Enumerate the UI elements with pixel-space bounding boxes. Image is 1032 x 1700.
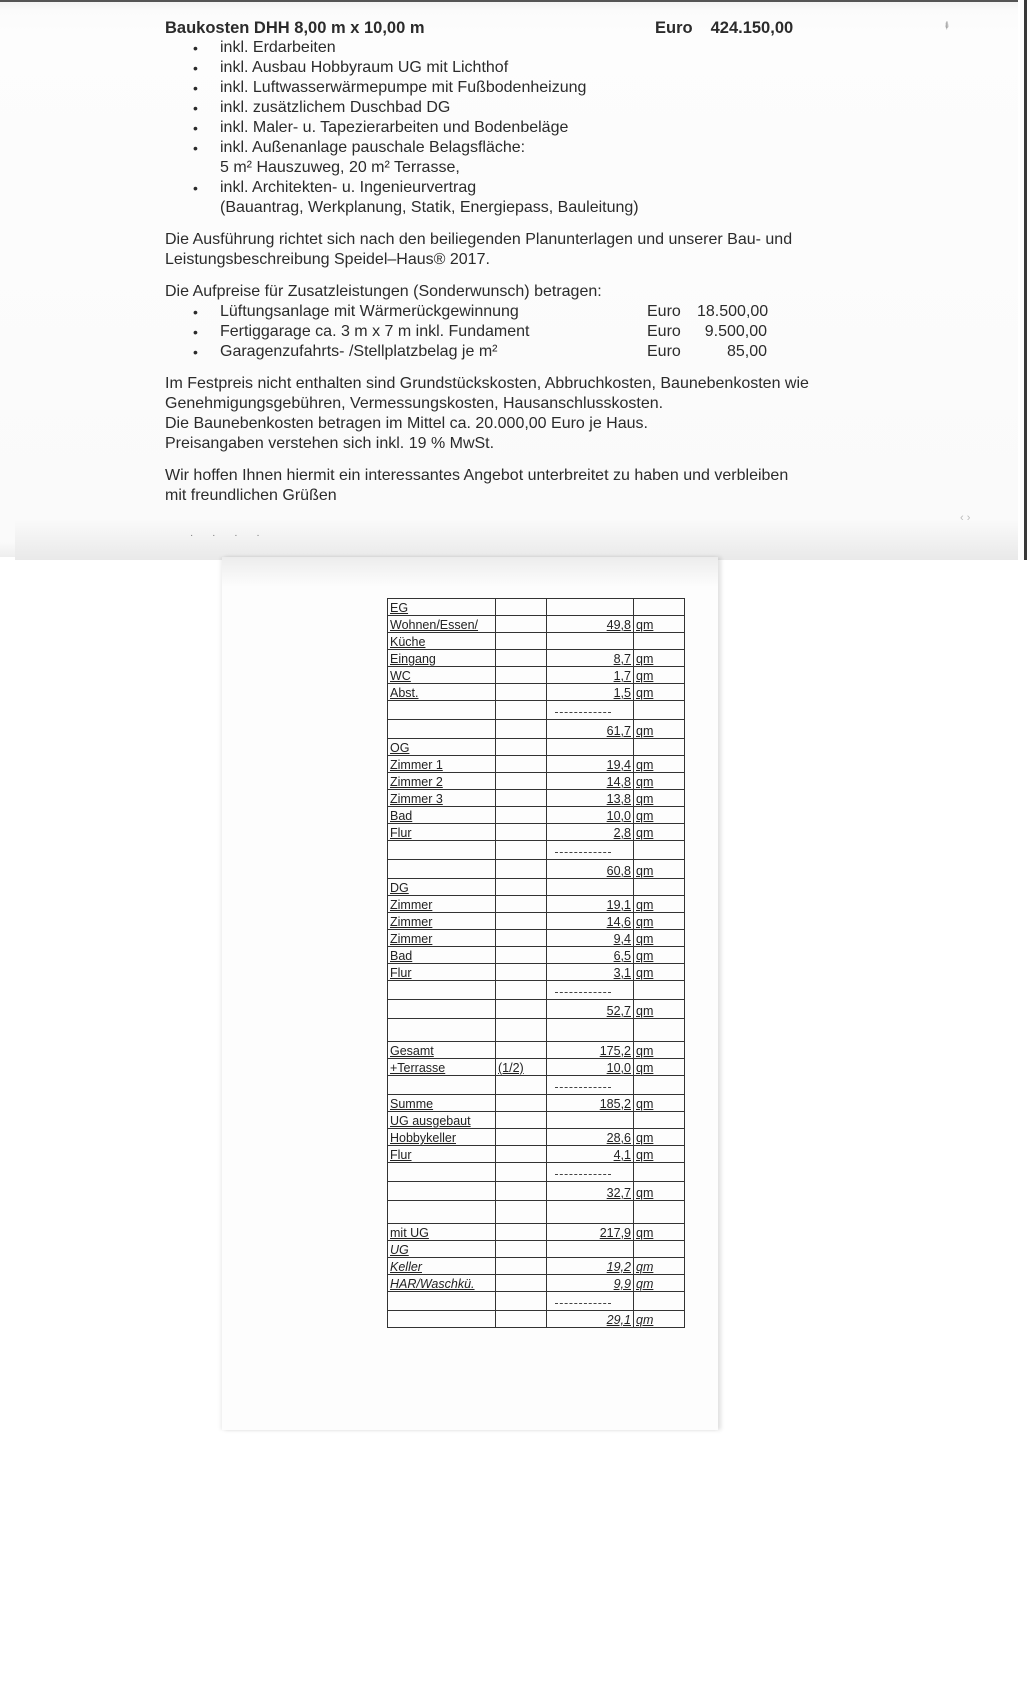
- extra-item: Fertiggarage ca. 3 m x 7 m inkl. Fundame…: [193, 322, 865, 342]
- row-unit: [634, 1112, 685, 1129]
- table-row: [388, 1163, 685, 1182]
- included-item: inkl. Architekten- u. Ingenieurvertrag(B…: [193, 178, 865, 218]
- row-value: 28,6: [547, 1129, 634, 1146]
- row-label: Flur: [388, 824, 496, 841]
- row-unit: [634, 701, 685, 720]
- row-label: Zimmer: [388, 913, 496, 930]
- row-label: +Terrasse: [388, 1059, 496, 1076]
- row-unit: qm: [634, 684, 685, 701]
- row-value: 217,9: [547, 1224, 634, 1241]
- row-label: Keller: [388, 1258, 496, 1275]
- subtotal-rule: [555, 992, 611, 993]
- row-unit: qm: [634, 1311, 685, 1328]
- row-unit: qm: [634, 1059, 685, 1076]
- table-row: [388, 841, 685, 860]
- row-unit: qm: [634, 1095, 685, 1112]
- row-label: [388, 1201, 496, 1224]
- table-row: [388, 1292, 685, 1311]
- row-note: [496, 616, 547, 633]
- row-note: [496, 1258, 547, 1275]
- row-value: 19,2: [547, 1258, 634, 1275]
- cost-currency: Euro: [655, 18, 693, 38]
- table-row: Küche: [388, 633, 685, 650]
- extra-price: 18.500,00: [697, 302, 767, 322]
- row-label: Bad: [388, 807, 496, 824]
- row-unit: [634, 1163, 685, 1182]
- row-value: 13,8: [547, 790, 634, 807]
- table-row: DG: [388, 879, 685, 896]
- row-label: [388, 701, 496, 720]
- table-row: [388, 981, 685, 1000]
- row-note: [496, 879, 547, 896]
- row-value: [547, 1292, 634, 1311]
- subtotal-rule: [555, 712, 611, 713]
- included-item: inkl. Ausbau Hobbyraum UG mit Lichthof: [193, 58, 865, 78]
- extra-label: Garagenzufahrts- /Stellplatzbelag je m²: [220, 342, 647, 362]
- included-item: inkl. Luftwasserwärmepumpe mit Fußbodenh…: [193, 78, 865, 98]
- row-note: [496, 739, 547, 756]
- row-label: Eingang: [388, 650, 496, 667]
- row-value: 175,2: [547, 1042, 634, 1059]
- row-label: [388, 981, 496, 1000]
- row-note: [496, 1241, 547, 1258]
- row-note: [496, 684, 547, 701]
- subtotal-rule: [555, 1174, 611, 1175]
- table-row: Abst.1,5qm: [388, 684, 685, 701]
- row-label: Zimmer: [388, 896, 496, 913]
- table-row: 61,7qm: [388, 720, 685, 739]
- row-note: [496, 824, 547, 841]
- row-unit: [634, 841, 685, 860]
- row-note: [496, 1292, 547, 1311]
- row-note: [496, 896, 547, 913]
- row-value: 4,1: [547, 1146, 634, 1163]
- table-row: Keller19,2qm: [388, 1258, 685, 1275]
- row-note: [496, 913, 547, 930]
- row-label: Bad: [388, 947, 496, 964]
- included-items-list: inkl. Erdarbeiteninkl. Ausbau Hobbyraum …: [165, 38, 865, 218]
- row-unit: qm: [634, 807, 685, 824]
- row-label: Gesamt: [388, 1042, 496, 1059]
- table-row: Bad10,0qm: [388, 807, 685, 824]
- row-value: 49,8: [547, 616, 634, 633]
- row-note: [496, 860, 547, 879]
- row-value: [547, 841, 634, 860]
- row-value: 2,8: [547, 824, 634, 841]
- row-note: [496, 720, 547, 739]
- row-unit: [634, 1292, 685, 1311]
- extra-currency: Euro: [647, 322, 697, 342]
- table-row: 32,7qm: [388, 1182, 685, 1201]
- row-label: Küche: [388, 633, 496, 650]
- row-value: 1,5: [547, 684, 634, 701]
- row-label: Zimmer 1: [388, 756, 496, 773]
- table-row: UG ausgebaut: [388, 1112, 685, 1129]
- row-note: [496, 1112, 547, 1129]
- row-note: [496, 599, 547, 616]
- extras-list: Lüftungsanlage mit WärmerückgewinnungEur…: [165, 302, 865, 362]
- row-note: [496, 1042, 547, 1059]
- row-unit: qm: [634, 913, 685, 930]
- row-unit: [634, 1076, 685, 1095]
- table-row: 29,1qm: [388, 1311, 685, 1328]
- row-unit: qm: [634, 667, 685, 684]
- row-value: 61,7: [547, 720, 634, 739]
- row-unit: qm: [634, 650, 685, 667]
- table-row: [388, 701, 685, 720]
- row-unit: qm: [634, 1146, 685, 1163]
- row-unit: [634, 879, 685, 896]
- table-row: OG: [388, 739, 685, 756]
- table-row: Eingang8,7qm: [388, 650, 685, 667]
- row-value: [547, 1076, 634, 1095]
- row-label: [388, 1000, 496, 1019]
- cost-headline: Baukosten DHH 8,00 m x 10,00 m Euro 424.…: [165, 18, 865, 38]
- row-unit: qm: [634, 860, 685, 879]
- extras-intro: Die Aufpreise für Zusatzleistungen (Sond…: [165, 282, 865, 302]
- signature-remnant: · · · ·: [190, 530, 268, 541]
- row-label: [388, 841, 496, 860]
- row-label: Zimmer 3: [388, 790, 496, 807]
- row-note: [496, 981, 547, 1000]
- row-unit: qm: [634, 1000, 685, 1019]
- row-unit: qm: [634, 824, 685, 841]
- table-row: Wohnen/Essen/49,8qm: [388, 616, 685, 633]
- cost-title: Baukosten DHH 8,00 m x 10,00 m: [165, 18, 425, 38]
- row-unit: qm: [634, 720, 685, 739]
- row-unit: [634, 633, 685, 650]
- table-row: HAR/Waschkü.9,9qm: [388, 1275, 685, 1292]
- table-row: Zimmer 214,8qm: [388, 773, 685, 790]
- extra-label: Lüftungsanlage mit Wärmerückgewinnung: [220, 302, 647, 322]
- offer-letter: Baukosten DHH 8,00 m x 10,00 m Euro 424.…: [165, 18, 865, 506]
- row-value: 9,4: [547, 930, 634, 947]
- extra-currency: Euro: [647, 342, 697, 362]
- row-value: 19,1: [547, 896, 634, 913]
- row-note: [496, 773, 547, 790]
- row-unit: qm: [634, 1042, 685, 1059]
- row-label: [388, 1076, 496, 1095]
- table-row: Zimmer 119,4qm: [388, 756, 685, 773]
- row-value: [547, 599, 634, 616]
- row-unit: qm: [634, 896, 685, 913]
- row-note: [496, 633, 547, 650]
- row-unit: [634, 1241, 685, 1258]
- row-value: 3,1: [547, 964, 634, 981]
- row-label: Wohnen/Essen/: [388, 616, 496, 633]
- included-item: inkl. zusätzlichem Duschbad DG: [193, 98, 865, 118]
- table-row: UG: [388, 1241, 685, 1258]
- row-value: 6,5: [547, 947, 634, 964]
- row-label: Hobbykeller: [388, 1129, 496, 1146]
- row-note: [496, 1275, 547, 1292]
- row-label: [388, 1311, 496, 1328]
- row-value: [547, 1019, 634, 1042]
- extra-price: 85,00: [697, 342, 767, 362]
- row-value: [547, 739, 634, 756]
- included-item: inkl. Maler- u. Tapezierarbeiten und Bod…: [193, 118, 865, 138]
- table-row: [388, 1019, 685, 1042]
- table-row: Zimmer 313,8qm: [388, 790, 685, 807]
- row-unit: qm: [634, 1275, 685, 1292]
- row-unit: qm: [634, 930, 685, 947]
- page-edge: [1024, 0, 1027, 560]
- row-note: [496, 1095, 547, 1112]
- row-label: Summe: [388, 1095, 496, 1112]
- row-note: [496, 1000, 547, 1019]
- row-note: [496, 667, 547, 684]
- row-label: [388, 720, 496, 739]
- row-value: [547, 981, 634, 1000]
- area-table: EGWohnen/Essen/49,8qmKücheEingang8,7qmWC…: [387, 598, 685, 1328]
- row-note: [496, 807, 547, 824]
- subtotal-rule: [555, 852, 611, 853]
- subtotal-rule: [555, 1087, 611, 1088]
- row-label: Zimmer 2: [388, 773, 496, 790]
- table-row: Zimmer14,6qm: [388, 913, 685, 930]
- row-unit: [634, 739, 685, 756]
- row-value: 10,0: [547, 1059, 634, 1076]
- extra-item: Lüftungsanlage mit WärmerückgewinnungEur…: [193, 302, 865, 322]
- row-label: [388, 1019, 496, 1042]
- row-note: [496, 1146, 547, 1163]
- table-row: mit UG217,9qm: [388, 1224, 685, 1241]
- row-note: [496, 1076, 547, 1095]
- row-value: [547, 1112, 634, 1129]
- row-value: 29,1: [547, 1311, 634, 1328]
- row-value: 19,4: [547, 756, 634, 773]
- table-row: Flur2,8qm: [388, 824, 685, 841]
- execution-paragraph: Die Ausführung richtet sich nach den bei…: [165, 230, 865, 270]
- row-unit: qm: [634, 947, 685, 964]
- row-unit: qm: [634, 1182, 685, 1201]
- row-unit: [634, 1019, 685, 1042]
- row-value: [547, 1201, 634, 1224]
- row-note: [496, 841, 547, 860]
- row-unit: qm: [634, 1258, 685, 1275]
- row-unit: qm: [634, 1129, 685, 1146]
- row-label: Flur: [388, 964, 496, 981]
- row-note: [496, 1201, 547, 1224]
- row-unit: qm: [634, 964, 685, 981]
- row-label: [388, 1163, 496, 1182]
- scan-mark-icon: ‹ ›: [960, 512, 970, 524]
- row-value: 60,8: [547, 860, 634, 879]
- table-row: +Terrasse(1/2)10,0qm: [388, 1059, 685, 1076]
- row-note: [496, 1224, 547, 1241]
- row-value: 1,7: [547, 667, 634, 684]
- cost-value: 424.150,00: [711, 18, 794, 38]
- row-unit: qm: [634, 790, 685, 807]
- row-label: WC: [388, 667, 496, 684]
- row-note: (1/2): [496, 1059, 547, 1076]
- row-value: 10,0: [547, 807, 634, 824]
- extra-item: Garagenzufahrts- /Stellplatzbelag je m²E…: [193, 342, 865, 362]
- table-row: [388, 1201, 685, 1224]
- row-label: EG: [388, 599, 496, 616]
- row-value: 52,7: [547, 1000, 634, 1019]
- page-fold-shadow: [15, 520, 1018, 560]
- row-label: OG: [388, 739, 496, 756]
- row-value: [547, 1163, 634, 1182]
- table-row: EG: [388, 599, 685, 616]
- row-note: [496, 930, 547, 947]
- table-row: Flur4,1qm: [388, 1146, 685, 1163]
- row-value: 14,6: [547, 913, 634, 930]
- cost-amount: Euro 424.150,00: [655, 18, 793, 38]
- row-label: UG: [388, 1241, 496, 1258]
- row-label: Abst.: [388, 684, 496, 701]
- row-label: mit UG: [388, 1224, 496, 1241]
- exclusions-paragraph: Im Festpreis nicht enthalten sind Grunds…: [165, 374, 865, 454]
- row-unit: [634, 1201, 685, 1224]
- row-value: [547, 633, 634, 650]
- subtotal-rule: [555, 1303, 611, 1304]
- table-row: Flur3,1qm: [388, 964, 685, 981]
- row-unit: qm: [634, 756, 685, 773]
- table-row: 60,8qm: [388, 860, 685, 879]
- row-note: [496, 701, 547, 720]
- included-item: inkl. Außenanlage pauschale Belagsfläche…: [193, 138, 865, 178]
- row-note: [496, 1019, 547, 1042]
- row-value: 14,8: [547, 773, 634, 790]
- row-value: 8,7: [547, 650, 634, 667]
- table-row: Summe185,2qm: [388, 1095, 685, 1112]
- row-note: [496, 1163, 547, 1182]
- row-value: [547, 879, 634, 896]
- row-value: [547, 701, 634, 720]
- row-label: UG ausgebaut: [388, 1112, 496, 1129]
- row-unit: [634, 599, 685, 616]
- row-value: [547, 1241, 634, 1258]
- row-unit: qm: [634, 773, 685, 790]
- row-value: 185,2: [547, 1095, 634, 1112]
- table-row: Hobbykeller28,6qm: [388, 1129, 685, 1146]
- row-unit: [634, 981, 685, 1000]
- row-unit: qm: [634, 1224, 685, 1241]
- row-value: 32,7: [547, 1182, 634, 1201]
- row-unit: qm: [634, 616, 685, 633]
- row-note: [496, 756, 547, 773]
- row-label: DG: [388, 879, 496, 896]
- row-value: 9,9: [547, 1275, 634, 1292]
- included-item: inkl. Erdarbeiten: [193, 38, 865, 58]
- extra-label: Fertiggarage ca. 3 m x 7 m inkl. Fundame…: [220, 322, 647, 342]
- closing-paragraph: Wir hoffen Ihnen hiermit ein interessant…: [165, 466, 865, 506]
- row-note: [496, 790, 547, 807]
- row-note: [496, 1182, 547, 1201]
- table-row: [388, 1076, 685, 1095]
- table-row: Bad6,5qm: [388, 947, 685, 964]
- row-note: [496, 1129, 547, 1146]
- table-row: Zimmer9,4qm: [388, 930, 685, 947]
- row-note: [496, 650, 547, 667]
- row-label: [388, 1182, 496, 1201]
- row-label: [388, 1292, 496, 1311]
- row-label: [388, 860, 496, 879]
- table-row: WC1,7qm: [388, 667, 685, 684]
- row-note: [496, 964, 547, 981]
- row-label: HAR/Waschkü.: [388, 1275, 496, 1292]
- extra-currency: Euro: [647, 302, 697, 322]
- row-note: [496, 1311, 547, 1328]
- extra-price: 9.500,00: [697, 322, 767, 342]
- row-label: Zimmer: [388, 930, 496, 947]
- row-note: [496, 947, 547, 964]
- table-row: Gesamt175,2qm: [388, 1042, 685, 1059]
- table-row: Zimmer19,1qm: [388, 896, 685, 913]
- row-label: Flur: [388, 1146, 496, 1163]
- table-row: 52,7qm: [388, 1000, 685, 1019]
